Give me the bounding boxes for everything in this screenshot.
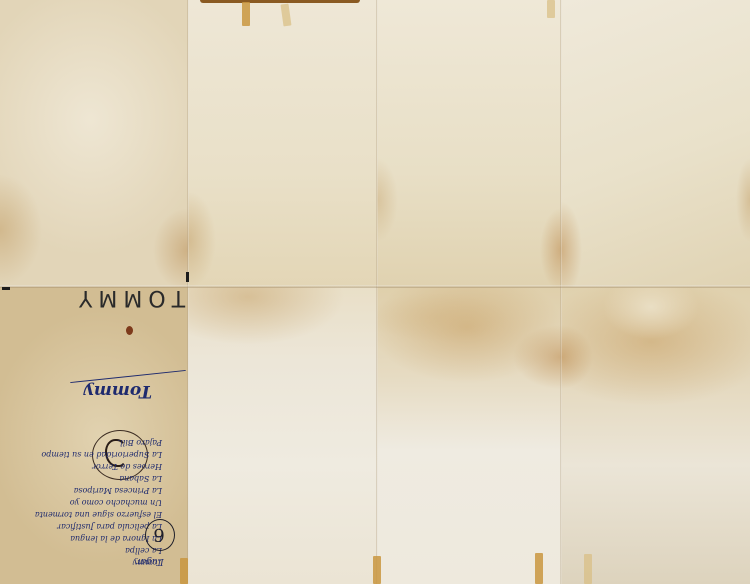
panel-top-center-right bbox=[377, 0, 561, 287]
tape-mark-bottom-3 bbox=[584, 554, 592, 584]
note-line: Un muchacho como yo bbox=[22, 496, 162, 508]
note-line: La pelicula para Justificar bbox=[22, 520, 162, 532]
vertical-fold-2 bbox=[376, 0, 378, 584]
tape-mark-top-3 bbox=[547, 0, 555, 18]
vertical-fold-3 bbox=[560, 0, 562, 584]
tape-mark-bottom-1 bbox=[373, 556, 381, 584]
note-line: Heroes de Terror bbox=[22, 460, 162, 472]
note-line: La Superioridad en su tiempo bbox=[22, 448, 162, 460]
rust-spot bbox=[126, 326, 133, 335]
note-line: El esfuerzo sigue una tormenta bbox=[22, 508, 162, 520]
tape-mark-top-1 bbox=[242, 2, 250, 26]
panel-bottom-center-left bbox=[188, 287, 377, 584]
label-lugar: Lugar bbox=[130, 554, 170, 568]
tape-mark-bottom-2 bbox=[535, 553, 543, 584]
note-line: Pajaro Bill. bbox=[22, 436, 162, 448]
panel-top-center-left bbox=[188, 0, 377, 287]
panel-bottom-right bbox=[561, 287, 750, 584]
tape-mark-bottom-left bbox=[180, 558, 188, 584]
panel-top-right bbox=[561, 0, 750, 287]
label-tommy-caps: TOMMY bbox=[68, 280, 190, 314]
circled-number: 6 bbox=[145, 519, 173, 549]
edge-tear-mark bbox=[2, 287, 10, 290]
aged-paper-sheet: TOMMY Tommy Tommy La cellpa La Ignora de… bbox=[0, 0, 750, 584]
note-line: La Sabana bbox=[22, 472, 162, 484]
note-line: La Princesa Mariposa bbox=[22, 484, 162, 496]
top-edge-shadow bbox=[200, 0, 360, 3]
panel-top-left bbox=[0, 0, 188, 287]
handwritten-notes-list: Tommy La cellpa La Ignora de la lengua L… bbox=[22, 438, 162, 568]
panel-bottom-center-right bbox=[377, 287, 561, 584]
note-line: La Ignora de la lengua bbox=[22, 532, 162, 544]
